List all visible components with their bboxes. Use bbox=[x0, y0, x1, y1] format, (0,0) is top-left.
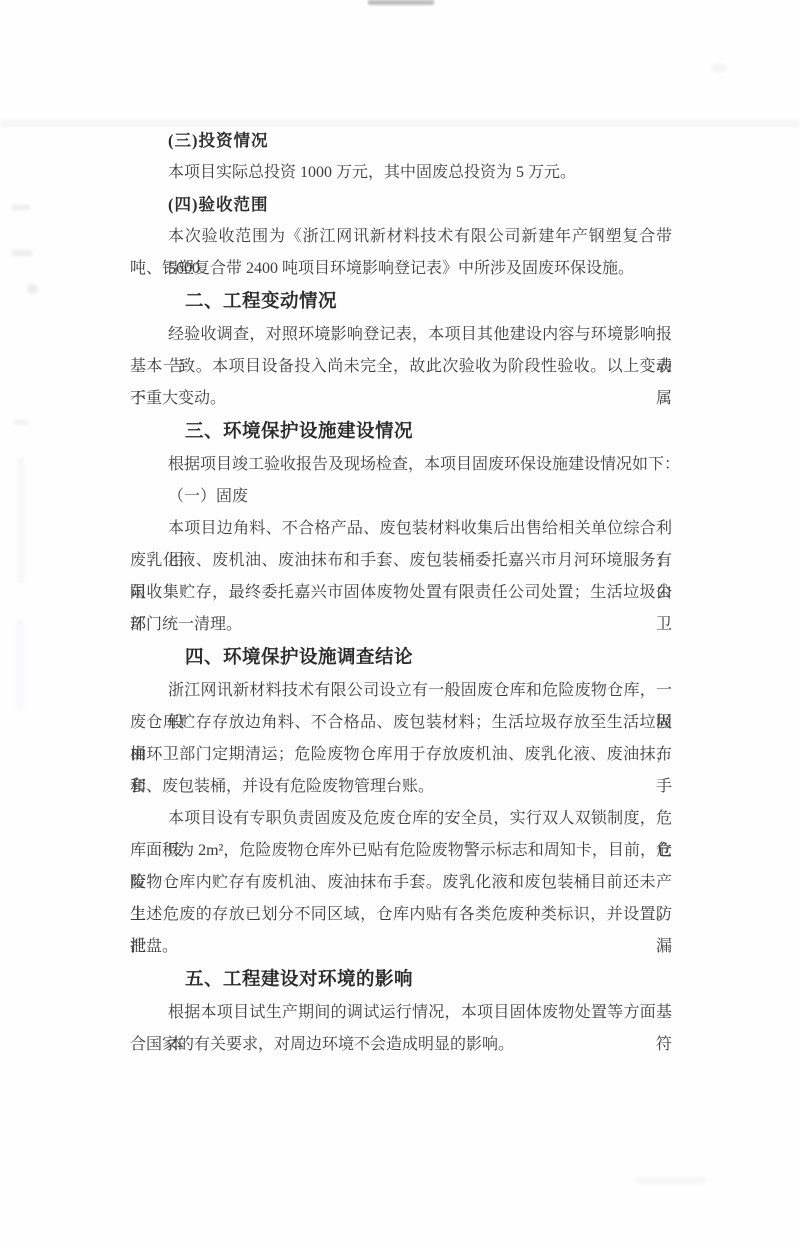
body-line: 浙江网讯新材料技术有限公司设立有一般固废仓库和危险废物仓库，一般固 bbox=[130, 675, 672, 707]
scan-smudge bbox=[17, 458, 25, 583]
body-line: 本项目实际总投资 1000 万元，其中固废总投资为 5 万元。 bbox=[130, 157, 672, 189]
body-line: 本项目设有专职负责固废及危废仓库的安全员，实行双人双锁制度，危废仓 bbox=[130, 803, 672, 835]
body-line: 吨、铝塑复合带 2400 吨项目环境影响登记表》中所涉及固废环保设施。 bbox=[130, 253, 672, 285]
scan-smudge bbox=[12, 205, 30, 210]
scan-smudge bbox=[12, 250, 32, 256]
body-line: 由环卫部门定期清运；危险废物仓库用于存放废机油、废乳化液、废油抹布和手 bbox=[130, 739, 672, 771]
scan-artifact-top-bar bbox=[368, 0, 434, 5]
section-heading-construction-of-facilities: 三、环境保护设施建设情况 bbox=[130, 415, 672, 449]
body-line: （一）固废 bbox=[130, 481, 672, 513]
body-line: 根据项目竣工验收报告及现场检查，本项目固废环保设施建设情况如下： bbox=[130, 449, 672, 481]
body-line: 废物仓库内贮存有废机油、废油抹布手套。废乳化液和废包装桶目前还未产生。 bbox=[130, 867, 672, 899]
body-line: 库面积为 2m²，危险废物仓库外已贴有危险废物警示标志和周知卡，目前，危险 bbox=[130, 835, 672, 867]
subsection-heading-scope: (四)验收范围 bbox=[130, 189, 672, 221]
scan-smudge bbox=[636, 1178, 706, 1183]
body-line: 基本一致。本项目设备投入尚未完全，故此次验收为阶段性验收。以上变动不属 bbox=[130, 351, 672, 383]
document-page: (三)投资情况 本项目实际总投资 1000 万元，其中固废总投资为 5 万元。 … bbox=[0, 0, 800, 1248]
body-line: 根据本项目试生产期间的调试运行情况，本项目固体废物处置等方面基本符 bbox=[130, 997, 672, 1029]
body-line: 本次验收范围为《浙江网讯新材料技术有限公司新建年产钢塑复合带 5600 bbox=[130, 221, 672, 253]
body-line: 经验收调查，对照环境影响登记表，本项目其他建设内容与环境影响报告表 bbox=[130, 319, 672, 351]
document-content: (三)投资情况 本项目实际总投资 1000 万元，其中固废总投资为 5 万元。 … bbox=[130, 125, 672, 1061]
section-heading-environmental-impact: 五、工程建设对环境的影响 bbox=[130, 963, 672, 997]
body-line: 司收集贮存，最终委托嘉兴市固体废物处置有限责任公司处置；生活垃圾由环卫 bbox=[130, 577, 672, 609]
body-line: 废仓库贮存存放边角料、不合格品、废包装材料；生活垃圾存放至生活垃圾桶， bbox=[130, 707, 672, 739]
section-heading-project-changes: 二、工程变动情况 bbox=[130, 285, 672, 319]
scan-smudge bbox=[14, 420, 28, 425]
scan-smudge bbox=[16, 620, 24, 710]
scan-smudge bbox=[712, 64, 726, 72]
body-line: 废乳化液、废机油、废油抹布和手套、废包装桶委托嘉兴市月河环境服务有限公 bbox=[130, 545, 672, 577]
body-line: 上述危废的存放已划分不同区域，仓库内贴有各类危废种类标识，并设置防泄漏 bbox=[130, 899, 672, 931]
section-heading-investigation-conclusion: 四、环境保护设施调查结论 bbox=[130, 641, 672, 675]
subsection-heading-investment: (三)投资情况 bbox=[130, 125, 672, 157]
body-line: 本项目边角料、不合格产品、废包装材料收集后出售给相关单位综合利用； bbox=[130, 513, 672, 545]
scan-smudge bbox=[27, 284, 38, 294]
